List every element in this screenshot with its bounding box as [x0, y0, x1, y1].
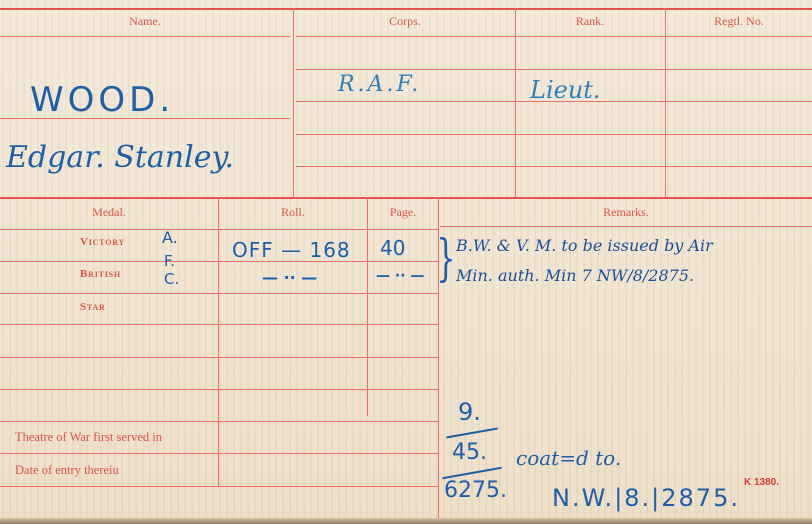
- medal-annotation-f: F.: [164, 252, 175, 270]
- rule-line: [0, 357, 438, 358]
- top-border-line: [0, 8, 812, 10]
- corps-entry: R.A.F.: [338, 72, 421, 97]
- note-reference: N.W.|8.|2875.: [552, 484, 740, 512]
- roll-british: — ·· —: [262, 268, 317, 287]
- rank-header: Rank.: [516, 14, 664, 29]
- roll-victory: OFF — 168: [232, 238, 351, 262]
- medal-annotation-a: A.: [162, 228, 178, 247]
- roll-header: Roll.: [219, 205, 367, 220]
- rule-line: [0, 324, 438, 325]
- corps-header: Corps.: [296, 14, 514, 29]
- column-divider: [665, 8, 666, 197]
- date-entry-label: Date of entry thereiu: [15, 463, 119, 478]
- page-header: Page.: [368, 205, 438, 220]
- medal-annotation-c: C.: [164, 270, 179, 288]
- section-divider-line: [0, 197, 812, 199]
- theatre-label: Theatre of War first served in: [15, 430, 162, 445]
- regt-no-header: Regtl. No.: [666, 14, 812, 29]
- medal-label-british: British: [80, 268, 121, 280]
- remarks-line-2: Min. auth. Min 7 NW/8/2875.: [456, 266, 694, 285]
- note-fraction-top: 9.: [458, 398, 481, 426]
- fraction-bar: [446, 428, 498, 439]
- column-divider: [293, 8, 294, 197]
- rule-line: [296, 134, 812, 135]
- rule-line: [0, 453, 438, 454]
- page-victory: 40: [380, 236, 405, 260]
- brace-icon: }: [436, 228, 455, 288]
- medal-header: Medal.: [0, 205, 218, 220]
- rank-entry: Lieut.: [530, 76, 601, 104]
- rule-line: [296, 166, 812, 167]
- remarks-header: Remarks.: [440, 205, 812, 220]
- note-fraction-mid-text: coat=d to.: [516, 446, 621, 470]
- medal-label-star: Star: [80, 301, 106, 313]
- note-fraction-mid: 45.: [452, 440, 487, 465]
- column-divider: [367, 198, 368, 416]
- card-edge: [0, 518, 812, 524]
- medal-index-card: Name. Corps. Rank. Regtl. No. Medal. Rol…: [0, 0, 812, 524]
- surname-entry: WOOD.: [30, 80, 174, 120]
- page-british: — ·· —: [376, 268, 424, 284]
- form-code: K 1380.: [744, 477, 779, 488]
- rule-line: [0, 293, 438, 294]
- rule-line: [296, 69, 812, 70]
- rule-line: [440, 226, 812, 227]
- rule-line: [0, 261, 438, 262]
- rule-line: [0, 389, 438, 390]
- note-fraction-bottom: 6275.: [444, 478, 507, 503]
- column-divider: [515, 8, 516, 197]
- name-header: Name.: [0, 14, 290, 29]
- medal-label-victory: Victory: [80, 236, 125, 248]
- column-divider: [218, 198, 219, 486]
- remarks-line-1: B.W. & V. M. to be issued by Air: [456, 236, 713, 255]
- forenames-entry: Edgar. Stanley.: [6, 140, 234, 175]
- rule-line: [0, 486, 438, 487]
- rule-line: [0, 229, 438, 230]
- rule-line: [0, 421, 438, 422]
- rule-line: [296, 36, 812, 37]
- rule-line: [0, 36, 290, 37]
